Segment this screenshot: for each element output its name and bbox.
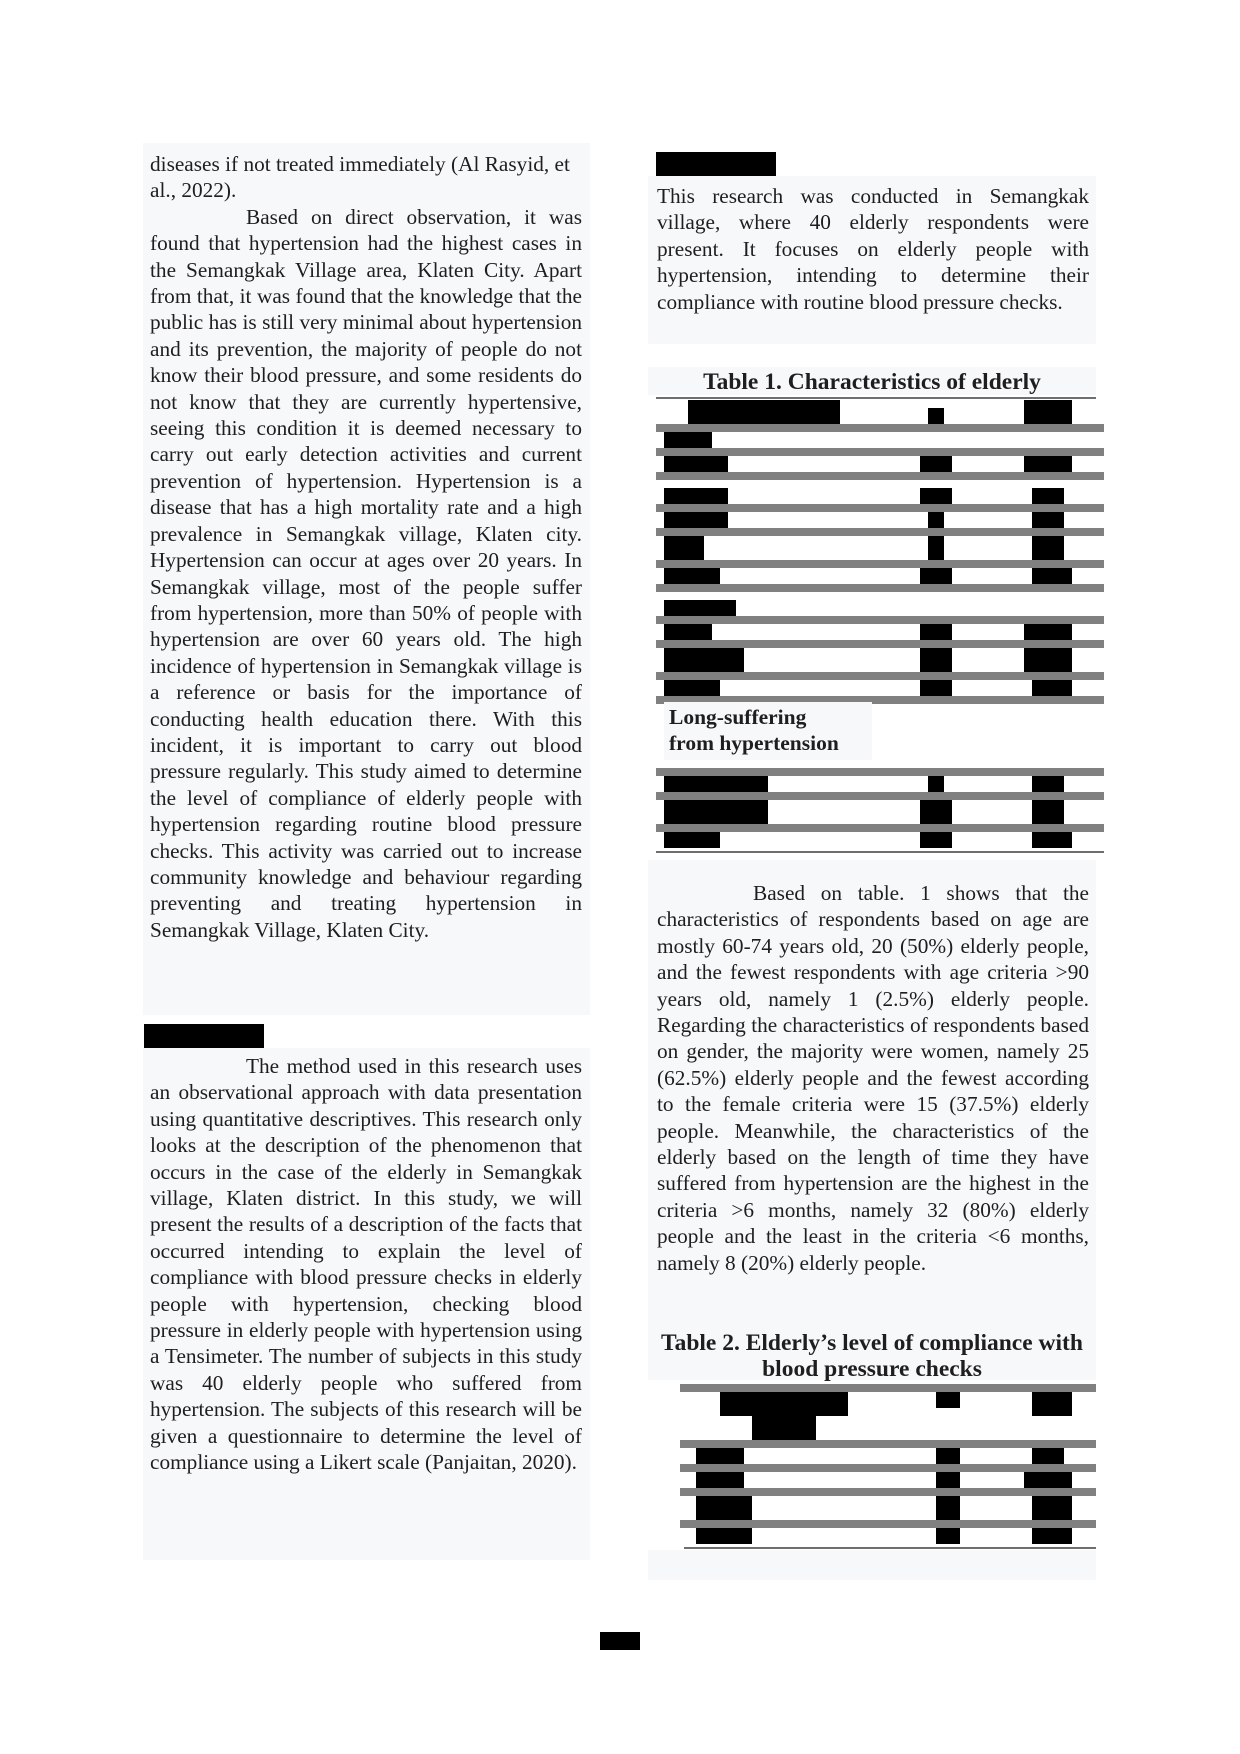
table1-rule <box>656 824 1104 832</box>
table1-top-rule <box>656 397 1096 399</box>
table1-cell <box>920 832 952 848</box>
table1-rule <box>656 448 1104 456</box>
table2-rule <box>680 1488 1096 1496</box>
table1-rule <box>656 768 1104 776</box>
results-section: This research was conducted in Semangkak… <box>657 183 1089 315</box>
table2-footer-shade <box>648 1550 1096 1580</box>
method-section: The method used in this research uses an… <box>150 1053 582 1476</box>
method-heading-redacted <box>144 1024 264 1048</box>
table1-cell <box>1032 776 1064 792</box>
table1-cell <box>1032 680 1072 696</box>
table1: Table 1. Characteristics of elderly <box>648 369 1096 395</box>
table1-cell <box>664 456 728 472</box>
table2-rule <box>680 1440 1096 1448</box>
table2-caption-line2: blood pressure checks <box>648 1356 1096 1382</box>
table1-cell <box>664 568 720 584</box>
table1-cell <box>920 648 952 672</box>
table2-rule <box>680 1520 1096 1528</box>
table2-cell <box>936 1496 960 1520</box>
discussion-paragraph: Based on table. 1 shows that the charact… <box>657 880 1089 1276</box>
intro-paragraph-continuation: diseases if not treated immediately (Al … <box>150 151 582 204</box>
table1-rule <box>656 504 1104 512</box>
table2-cell <box>696 1472 744 1488</box>
table2: Table 2. Elderly’s level of compliance w… <box>648 1330 1096 1382</box>
table1-cell <box>664 600 736 616</box>
discussion-section: Based on table. 1 shows that the charact… <box>657 880 1089 1276</box>
table1-cell <box>664 488 728 504</box>
table1-cell <box>664 536 704 560</box>
method-paragraph: The method used in this research uses an… <box>150 1053 582 1476</box>
table1-cell <box>1024 456 1072 472</box>
page-number-redacted <box>600 1632 640 1650</box>
table1-header-characteristic <box>688 400 840 424</box>
table1-rule <box>656 528 1104 536</box>
table2-caption-line1: Table 2. Elderly’s level of compliance w… <box>648 1330 1096 1356</box>
table1-cell <box>664 776 768 792</box>
table2-cell <box>696 1448 744 1464</box>
table1-cell <box>920 680 952 696</box>
table1-cell <box>664 624 712 640</box>
table2-header-n <box>936 1392 960 1408</box>
results-heading-redacted <box>656 152 776 176</box>
table1-rule <box>656 424 1104 432</box>
table2-cell <box>936 1528 960 1544</box>
table1-bottom-rule <box>656 851 1104 853</box>
table1-cell <box>664 832 720 848</box>
table2-header-category <box>720 1392 848 1416</box>
table1-cell <box>920 456 952 472</box>
table1-cell <box>1032 568 1072 584</box>
table1-cell <box>920 568 952 584</box>
table2-cell <box>936 1472 960 1488</box>
table2-cell <box>1032 1448 1064 1464</box>
table1-cell <box>1032 512 1064 528</box>
table2-cell <box>1032 1528 1072 1544</box>
table2-cell <box>936 1448 960 1464</box>
table1-cell <box>664 648 744 672</box>
table1-rule <box>656 472 1104 480</box>
table2-cell <box>696 1496 752 1520</box>
table1-cell <box>1032 488 1064 504</box>
table1-rule <box>656 560 1104 568</box>
table1-cell <box>664 680 720 696</box>
table1-cell <box>1024 624 1072 640</box>
table2-header-category <box>752 1416 816 1440</box>
table1-rule <box>656 616 1104 624</box>
table1-caption: Table 1. Characteristics of elderly <box>648 369 1096 395</box>
table2-bottom-rule <box>684 1547 1096 1549</box>
table1-cell <box>1032 800 1064 824</box>
table2-top-rule <box>680 1384 1096 1392</box>
table1-cell <box>664 512 728 528</box>
table1-cell <box>928 776 944 792</box>
table1-cell <box>1032 536 1064 560</box>
intro-paragraph-main: Based on direct observation, it was foun… <box>150 204 582 943</box>
table1-cell <box>1024 648 1072 672</box>
table2-header-percent <box>1032 1392 1072 1416</box>
table1-cell <box>920 800 952 824</box>
table1-rule <box>656 792 1104 800</box>
table1-rule <box>656 584 1104 592</box>
table1-cell <box>664 800 768 824</box>
table2-cell <box>696 1528 752 1544</box>
table1-cell <box>664 432 712 448</box>
table1-header-n <box>928 408 944 424</box>
table2-cell <box>1024 1472 1072 1488</box>
table1-rule <box>656 672 1104 680</box>
table1-cell <box>928 536 944 560</box>
table2-rule <box>680 1464 1096 1472</box>
table2-cell <box>1032 1496 1072 1520</box>
table1-cell <box>920 624 952 640</box>
results-paragraph: This research was conducted in Semangkak… <box>657 183 1089 315</box>
table1-cell <box>1032 832 1072 848</box>
left-column-text: diseases if not treated immediately (Al … <box>150 151 582 943</box>
table1-rule <box>656 640 1104 648</box>
table1-header-percent <box>1024 400 1072 424</box>
table1-subheading: Long-suffering from hypertension <box>669 704 849 756</box>
table1-cell <box>928 512 944 528</box>
table1-cell <box>920 488 952 504</box>
